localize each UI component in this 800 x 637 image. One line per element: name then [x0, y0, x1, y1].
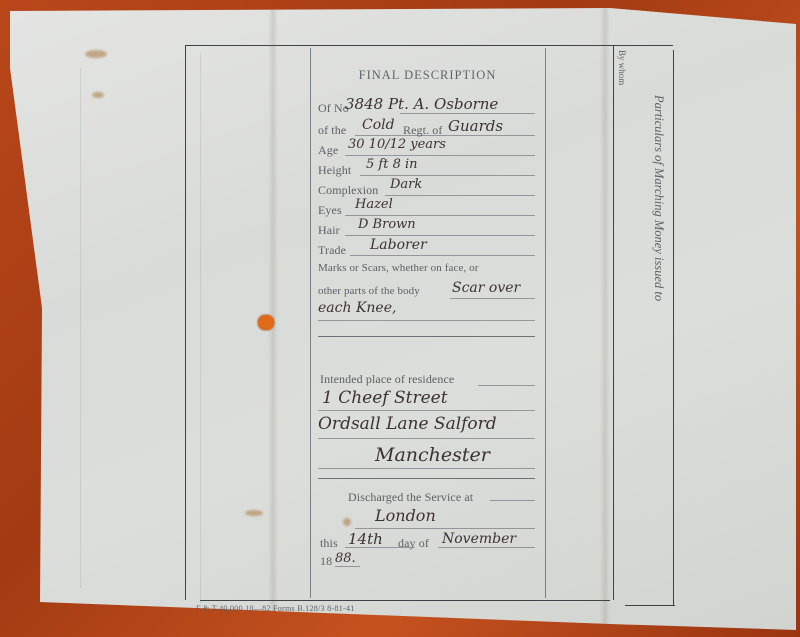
label-eyes: Eyes [318, 203, 342, 218]
value-year-suffix: 88. [335, 551, 356, 566]
writing-rule [400, 113, 535, 114]
label-regt: Regt. of [403, 123, 442, 138]
writing-rule [360, 175, 535, 176]
writing-rule [355, 135, 535, 136]
section-divider [318, 336, 535, 337]
value-day: 14th [348, 530, 383, 548]
fold-crease [600, 8, 610, 630]
writing-rule [345, 235, 535, 236]
column-divider [613, 45, 614, 600]
bleed-through-line [200, 53, 201, 603]
writing-rule [318, 410, 535, 411]
writing-rule [450, 298, 535, 299]
writing-rule [318, 320, 535, 321]
heading-marching-money: Particulars of Marching Money issued to [651, 95, 666, 301]
section-divider [318, 478, 535, 479]
form-title: FINAL DESCRIPTION [310, 68, 545, 83]
value-residence-line2: Ordsall Lane Salford [318, 414, 497, 434]
value-residence-line1: 1 Cheef Street [322, 388, 448, 408]
frame-left [185, 45, 186, 600]
bleed-through-line [80, 68, 81, 588]
writing-rule [318, 438, 535, 439]
value-complexion: Dark [390, 177, 422, 192]
stain [92, 92, 104, 98]
writing-rule [335, 566, 360, 567]
label-of-the: of the [318, 123, 346, 138]
writing-rule [438, 547, 535, 548]
writing-rule [345, 155, 535, 156]
frame-bottom [200, 600, 610, 601]
writing-rule [350, 255, 535, 256]
value-hair: D Brown [358, 217, 416, 232]
frame-top [185, 45, 615, 46]
value-marks-line2: each Knee, [318, 300, 396, 316]
label-residence: Intended place of residence [320, 372, 454, 387]
value-regt: Guards [448, 117, 503, 135]
column-bottom [625, 605, 675, 606]
writing-rule [345, 215, 535, 216]
value-trade: Laborer [370, 237, 427, 253]
label-complexion: Complexion [318, 183, 378, 198]
label-discharged: Discharged the Service at [348, 490, 473, 505]
writing-rule [490, 500, 535, 501]
value-discharged-place: London [375, 506, 436, 525]
writing-rule [318, 468, 535, 469]
column-top [613, 45, 673, 46]
value-marks-line1: Scar over [452, 280, 520, 296]
label-marks-line1: Marks or Scars, whether on face, or [318, 262, 479, 274]
value-height: 5 ft 8 in [366, 157, 418, 172]
value-of-the: Cold [362, 117, 395, 133]
stain [85, 50, 107, 58]
label-year-prefix: 18 [320, 554, 332, 569]
label-hair: Hair [318, 223, 340, 238]
desc-box-left [310, 48, 311, 598]
desc-box-right [545, 48, 546, 598]
stain [245, 510, 263, 516]
stain [343, 518, 351, 526]
label-by-whom: By whom [617, 50, 627, 85]
label-marks-line2: other parts of the body [318, 285, 420, 297]
label-trade: Trade [318, 243, 346, 258]
writing-rule [355, 528, 535, 529]
value-eyes: Hazel [355, 197, 393, 212]
paper-hole [258, 315, 274, 330]
value-residence-line3: Manchester [375, 444, 490, 466]
printer-imprint: F & T 40,000 10—82 Forms B.128/3 8-81-41 [196, 604, 355, 613]
value-of-no: 3848 Pt. A. Osborne [345, 95, 498, 113]
label-age: Age [318, 143, 338, 158]
writing-rule [385, 195, 535, 196]
label-this: this [320, 536, 338, 551]
value-month: November [442, 531, 516, 547]
value-age: 30 10/12 years [348, 137, 446, 152]
writing-rule [478, 385, 535, 386]
label-day-of: day of [398, 536, 429, 551]
column-right [673, 50, 674, 605]
label-height: Height [318, 163, 351, 178]
